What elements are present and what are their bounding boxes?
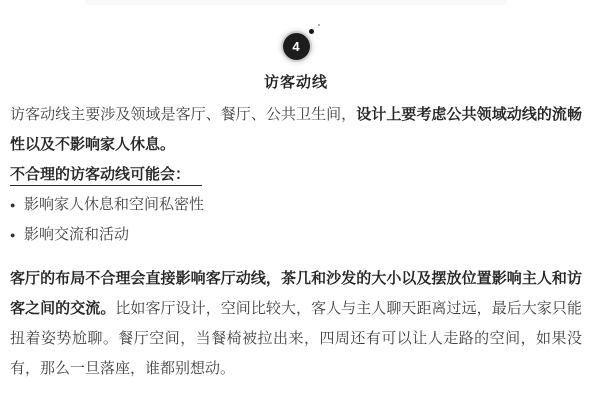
detail-paragraph: 客厅的布局不合理会直接影响客厅动线，茶几和沙发的大小以及摆放位置影响主人和访客之… [10,264,582,384]
intro-paragraph: 访客动线主要涉及领域是客厅、餐厅、公共卫生间，设计上要考虑公共领域动线的流畅性以… [10,100,582,160]
section-number-badge: 4 [283,33,310,60]
article-content: 访客动线主要涉及领域是客厅、餐厅、公共卫生间，设计上要考虑公共领域动线的流畅性以… [0,100,592,384]
section-header: 4 访客动线 [0,0,592,92]
bullet-icon: ● [10,220,24,250]
list-item-text: 影响交流和活动 [24,226,129,243]
section-title: 访客动线 [0,71,592,92]
consequence-list: ●影响家人休息和空间私密性 ●影响交流和活动 [10,190,582,250]
bullet-icon: ● [10,190,24,220]
list-heading: 不合理的访客动线可能会： [10,164,202,186]
list-item-text: 影响家人休息和空间私密性 [24,196,204,213]
badge-dot-icon [309,29,314,34]
top-divider-bar [85,0,507,5]
badge-circle: 4 [283,33,310,60]
list-item: ●影响家人休息和空间私密性 [10,190,582,220]
badge-speck-icon [318,24,320,26]
list-item: ●影响交流和活动 [10,220,582,250]
intro-text-normal: 访客动线主要涉及领域是客厅、餐厅、公共卫生间， [10,106,356,123]
list-heading-line: 不合理的访客动线可能会： [10,160,582,190]
